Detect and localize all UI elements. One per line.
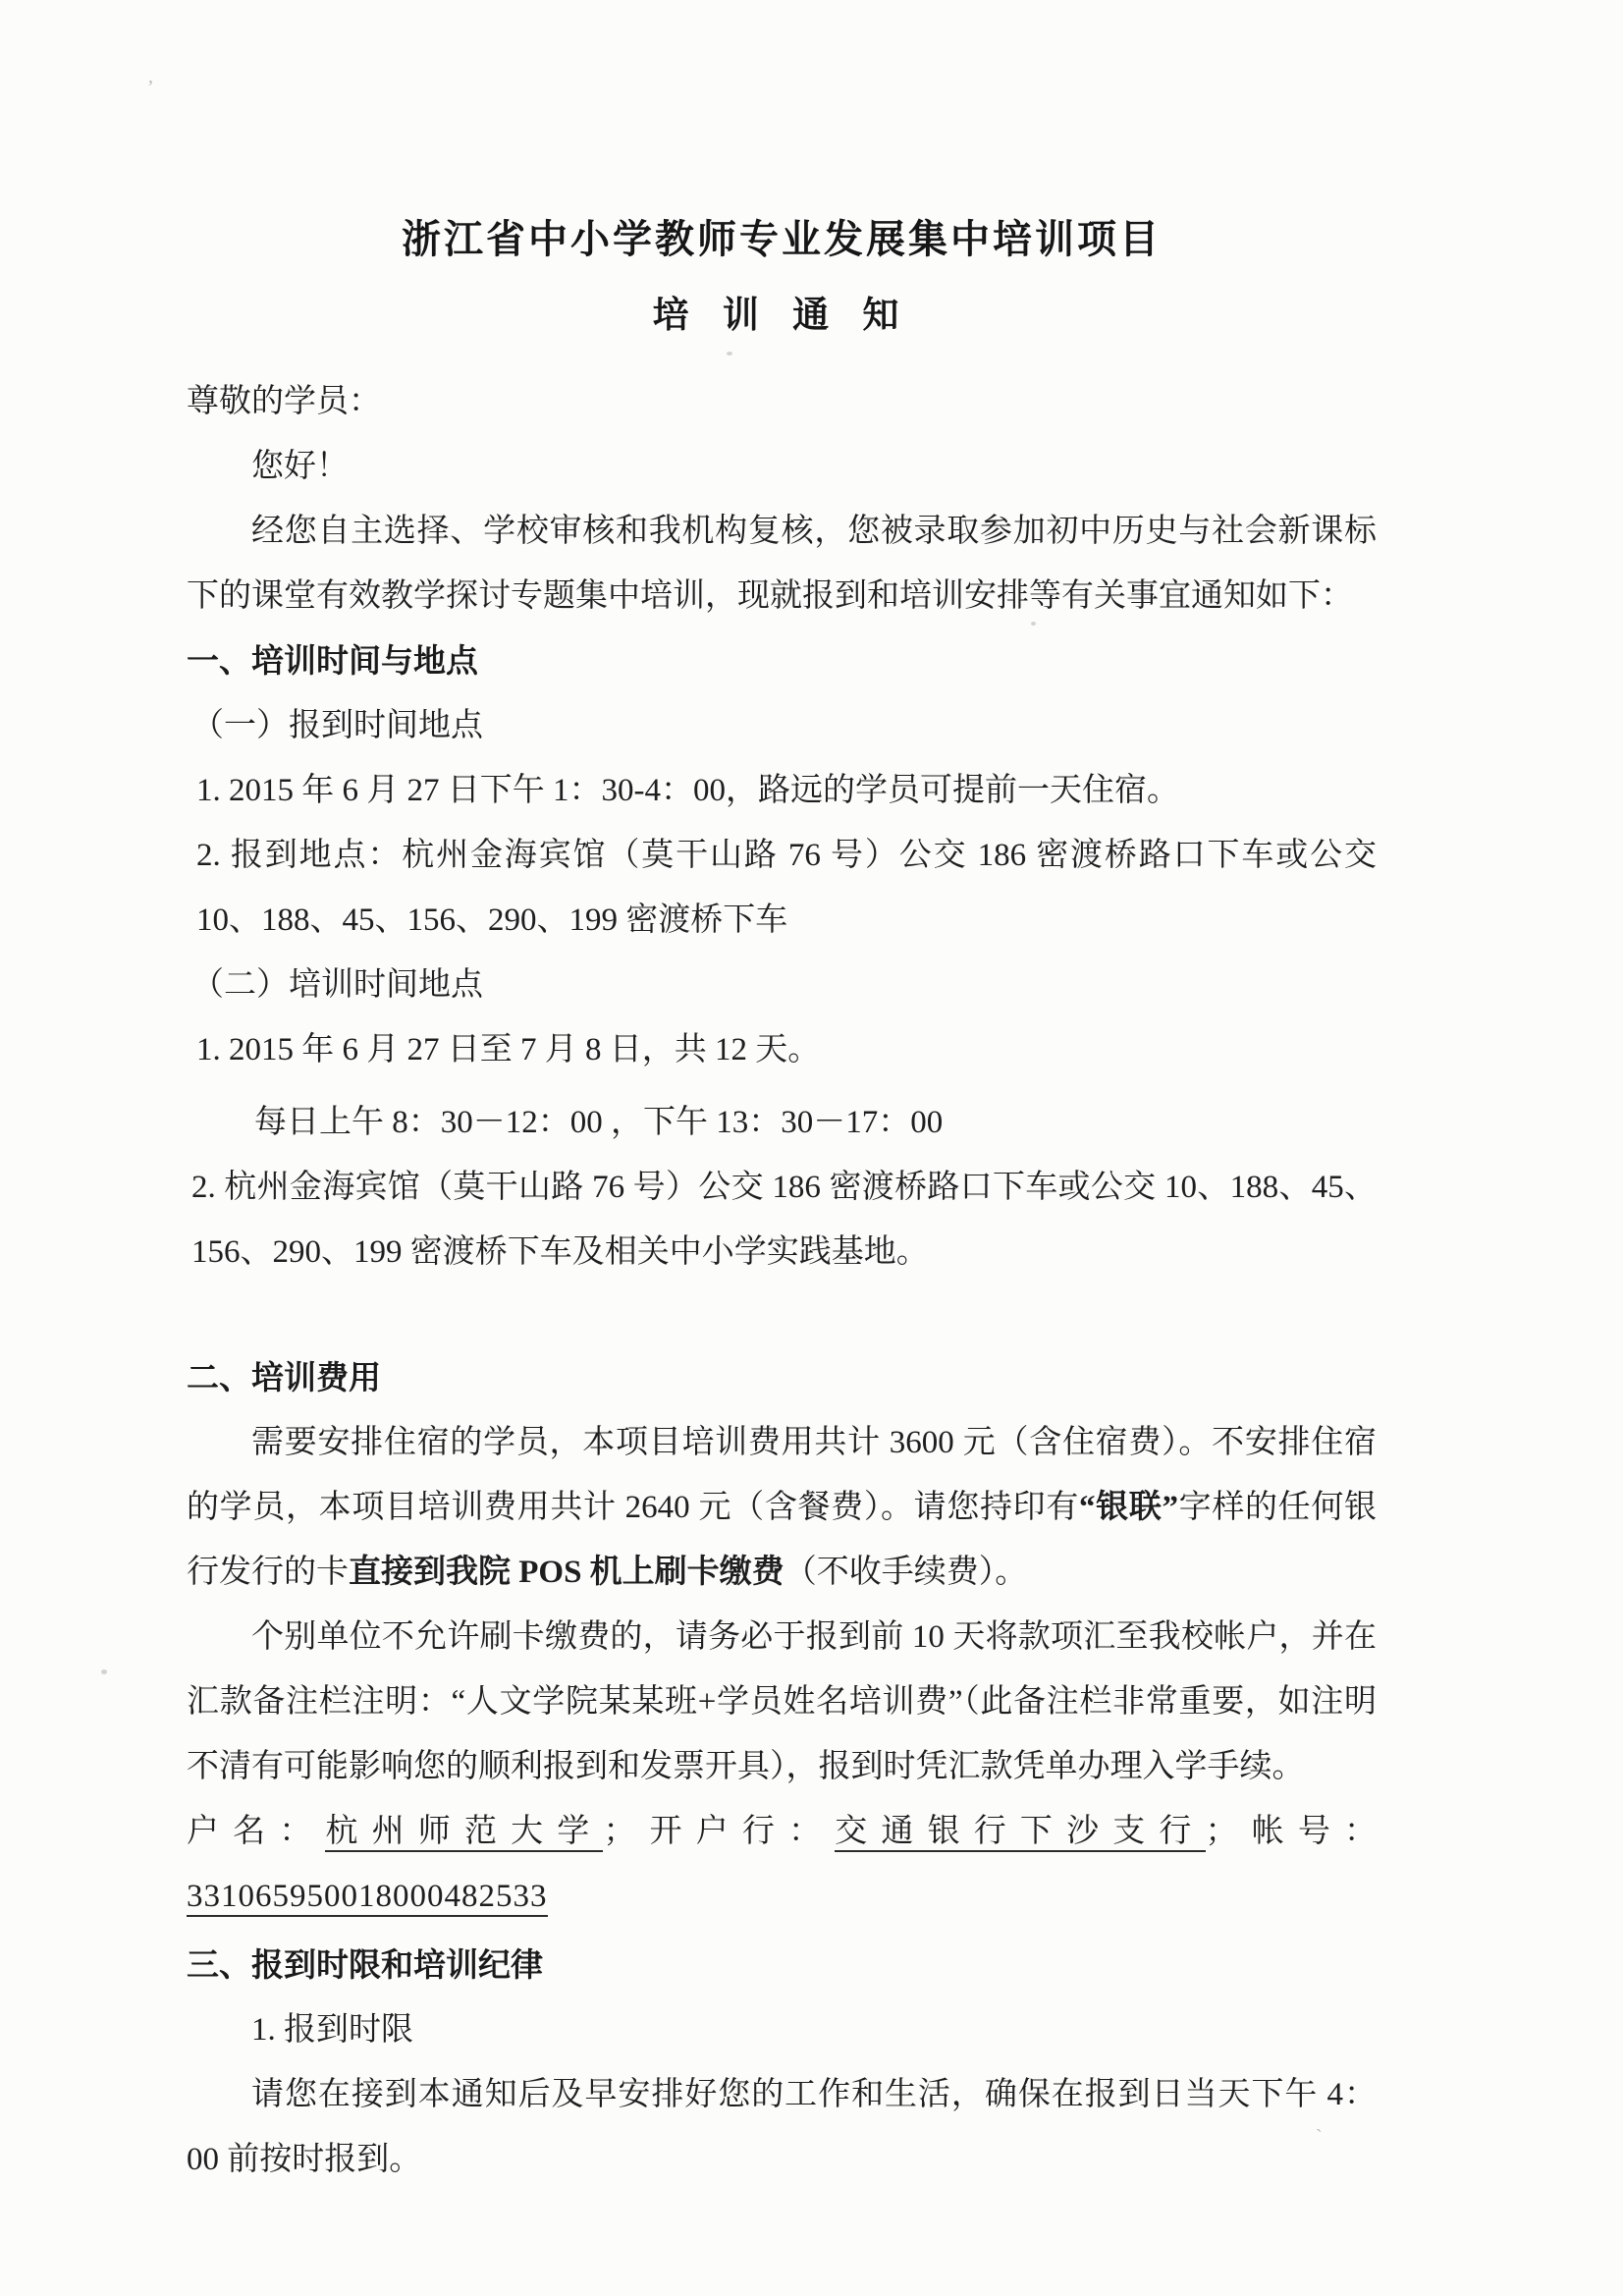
- section-1-sub-1-heading: （一）报到时间地点: [187, 693, 1377, 758]
- fee-text-post: （不收手续费）。: [784, 1555, 1028, 1590]
- scan-artifact: [1031, 622, 1036, 626]
- account-name-value: 杭州师范大学: [325, 1814, 603, 1852]
- bank-branch-label: 开户行：: [635, 1814, 835, 1849]
- training-place-item: 2. 杭州金海宾馆（莫干山路 76 号）公交 186 密渡桥路口下车或公交 10…: [187, 1155, 1377, 1285]
- daily-schedule-line: 每日上午 8：30－12：00 ，下午 13：30－17：00: [187, 1090, 1377, 1155]
- account-number-value: 331065950018000482533: [187, 1879, 548, 1917]
- scanned-notice-page: 浙江省中小学教师专业发展集中培训项目 培 训 通 知 尊敬的学员： 您好！ 经您…: [0, 0, 1623, 2296]
- account-number-label: 帐号：: [1238, 1814, 1377, 1849]
- greeting-line: 您好！: [187, 434, 1377, 499]
- doc-subtitle: 培 训 通 知: [187, 291, 1377, 340]
- unionpay-bold-text: “银联”: [1079, 1490, 1178, 1525]
- remittance-paragraph: 个别单位不允许刷卡缴费的，请务必于报到前 10 天将款项汇至我校帐户，并在汇款备…: [187, 1605, 1377, 1799]
- pos-payment-bold-text: 直接到我院 POS 机上刷卡缴费: [349, 1555, 784, 1590]
- scan-artifact: ’: [147, 77, 154, 99]
- bank-account-line: 户名：杭州师范大学；开户行：交通银行下沙支行；帐号：33106595001800…: [187, 1799, 1377, 1929]
- salutation: 尊敬的学员：: [187, 369, 1377, 434]
- registration-place-item: 2. 报到地点：杭州金海宾馆（莫干山路 76 号）公交 186 密渡桥路口下车或…: [187, 823, 1377, 953]
- section-3-heading: 三、报到时限和培训纪律: [187, 1933, 1377, 1997]
- bank-branch-value: 交通银行下沙支行: [835, 1814, 1205, 1852]
- training-dates-item: 1. 2015 年 6 月 27 日至 7 月 8 日，共 12 天。: [187, 1017, 1377, 1082]
- account-name-label: 户名：: [187, 1814, 325, 1849]
- separator: ；: [1206, 1814, 1238, 1849]
- scan-artifact: `: [1316, 2126, 1323, 2149]
- section-1-heading: 一、培训时间与地点: [187, 629, 1377, 693]
- section-2-heading: 二、培训费用: [187, 1345, 1377, 1410]
- fee-paragraph: 需要安排住宿的学员，本项目培训费用共计 3600 元（含住宿费）。不安排住宿的学…: [187, 1410, 1377, 1605]
- deadline-paragraph: 请您在接到本通知后及早安排好您的工作和生活，确保在报到日当天下午 4：00 前按…: [187, 2062, 1377, 2192]
- doc-title: 浙江省中小学教师专业发展集中培训项目: [187, 214, 1377, 265]
- separator: ；: [603, 1814, 635, 1849]
- scan-artifact: [101, 1669, 107, 1674]
- notice-content: 浙江省中小学教师专业发展集中培训项目 培 训 通 知 尊敬的学员： 您好！ 经您…: [187, 214, 1377, 2192]
- section-1-sub-2-heading: （二）培训时间地点: [187, 953, 1377, 1017]
- deadline-subitem: 1. 报到时限: [187, 1997, 1377, 2062]
- intro-paragraph: 经您自主选择、学校审核和我机构复核，您被录取参加初中历史与社会新课标下的课堂有效…: [187, 499, 1377, 629]
- scan-artifact: [727, 352, 732, 355]
- registration-time-item: 1. 2015 年 6 月 27 日下午 1：30-4：00，路远的学员可提前一…: [187, 758, 1377, 823]
